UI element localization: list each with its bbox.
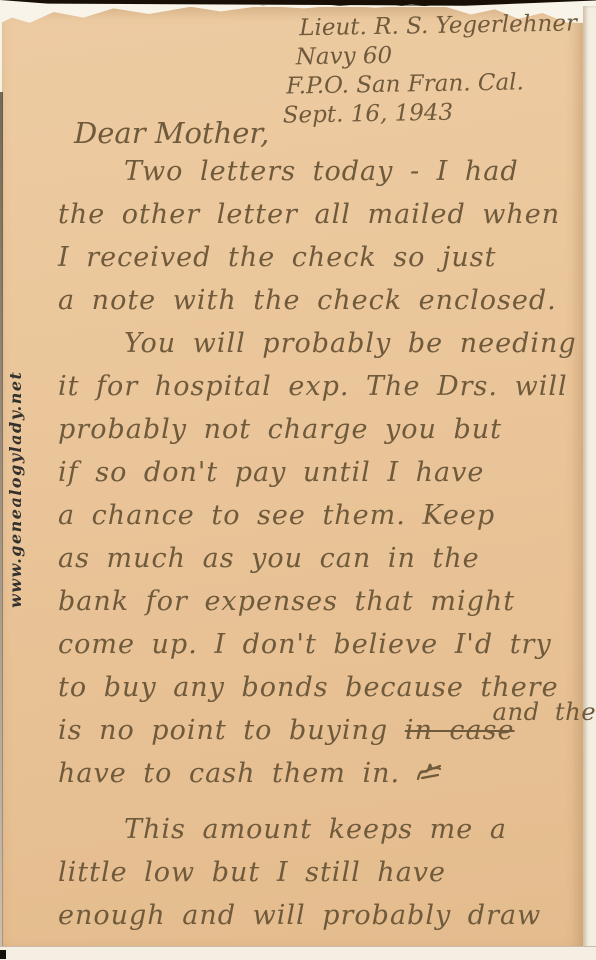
handwritten-line: if so don't pay until I have [58,451,582,494]
handwritten-line: probably not charge you but [58,408,582,451]
line-text: I received the check so just [58,242,496,273]
scribbled-out-mark-icon [414,753,444,796]
scan-edge-left [0,92,3,960]
letter-scan: www.genealogylady.net Lieut. R. S. Yeger… [0,0,596,960]
handwritten-line: enough and will probably draw [58,894,582,937]
sender-name: Lieut. R. S. Yegerlehner [299,9,577,43]
line-text: This amount keeps me a [124,814,507,845]
handwritten-line: bank for expenses that might [58,580,582,623]
line-text: the other letter all mailed when [58,199,560,230]
handwritten-line: You will probably be needing [58,322,582,365]
watermark: www.genealogylady.net [6,368,25,608]
handwritten-line: come up. I don't believe I'd try [58,623,582,666]
handwritten-line: the other letter all mailed when [58,193,582,236]
line-text: a note with the check enclosed. [58,285,557,316]
handwritten-line: is no point to buying in caseand then [58,709,582,752]
line-text: Two letters today - I had [124,156,519,187]
line-text: it for hospital exp. The Drs. will [58,371,568,402]
handwritten-line: Two letters today - I had [58,150,582,193]
letter-body: Two letters today - I hadthe other lette… [58,150,582,937]
line-text: come up. I don't believe I'd try [58,629,552,660]
handwritten-line: This amount keeps me a [58,808,582,851]
handwritten-line: a note with the check enclosed. [58,279,582,322]
handwritten-line: have to cash them in. [58,752,582,795]
handwritten-line: little low but I still have [58,851,582,894]
letter-date: Sept. 16, 1943 [283,96,579,130]
paragraph: You will probably be needingit for hospi… [58,322,582,795]
letter-header: Lieut. R. S. Yegerlehner Navy 60 F.P.O. … [285,9,579,130]
salutation: Dear Mother, [74,116,269,150]
paragraph: This amount keeps me alittle low but I s… [58,808,582,937]
line-text: little low but I still have [58,857,446,888]
line-text: is no point to buying [58,715,405,746]
handwritten-line: I received the check so just [58,236,582,279]
line-text: enough and will probably draw [58,900,541,931]
line-text: as much as you can in the [58,543,480,574]
handwritten-line: as much as you can in the [58,537,582,580]
line-text: a chance to see them. Keep [58,500,495,531]
line-text: bank for expenses that might [58,586,515,617]
inserted-correction-text: and then [492,690,596,733]
line-text: probably not charge you but [58,414,502,445]
line-text: have to cash them in. [58,758,400,789]
handwritten-line: it for hospital exp. The Drs. will [58,365,582,408]
line-text: You will probably be needing [124,328,577,359]
line-text: if so don't pay until I have [58,457,484,488]
paragraph: Two letters today - I hadthe other lette… [58,150,582,322]
line-text: to buy any bonds because there [58,672,559,703]
scan-corner-mark [0,950,6,959]
scan-edge-bottom [0,946,596,960]
handwritten-line: a chance to see them. Keep [58,494,582,537]
scan-edge-right [583,6,596,960]
